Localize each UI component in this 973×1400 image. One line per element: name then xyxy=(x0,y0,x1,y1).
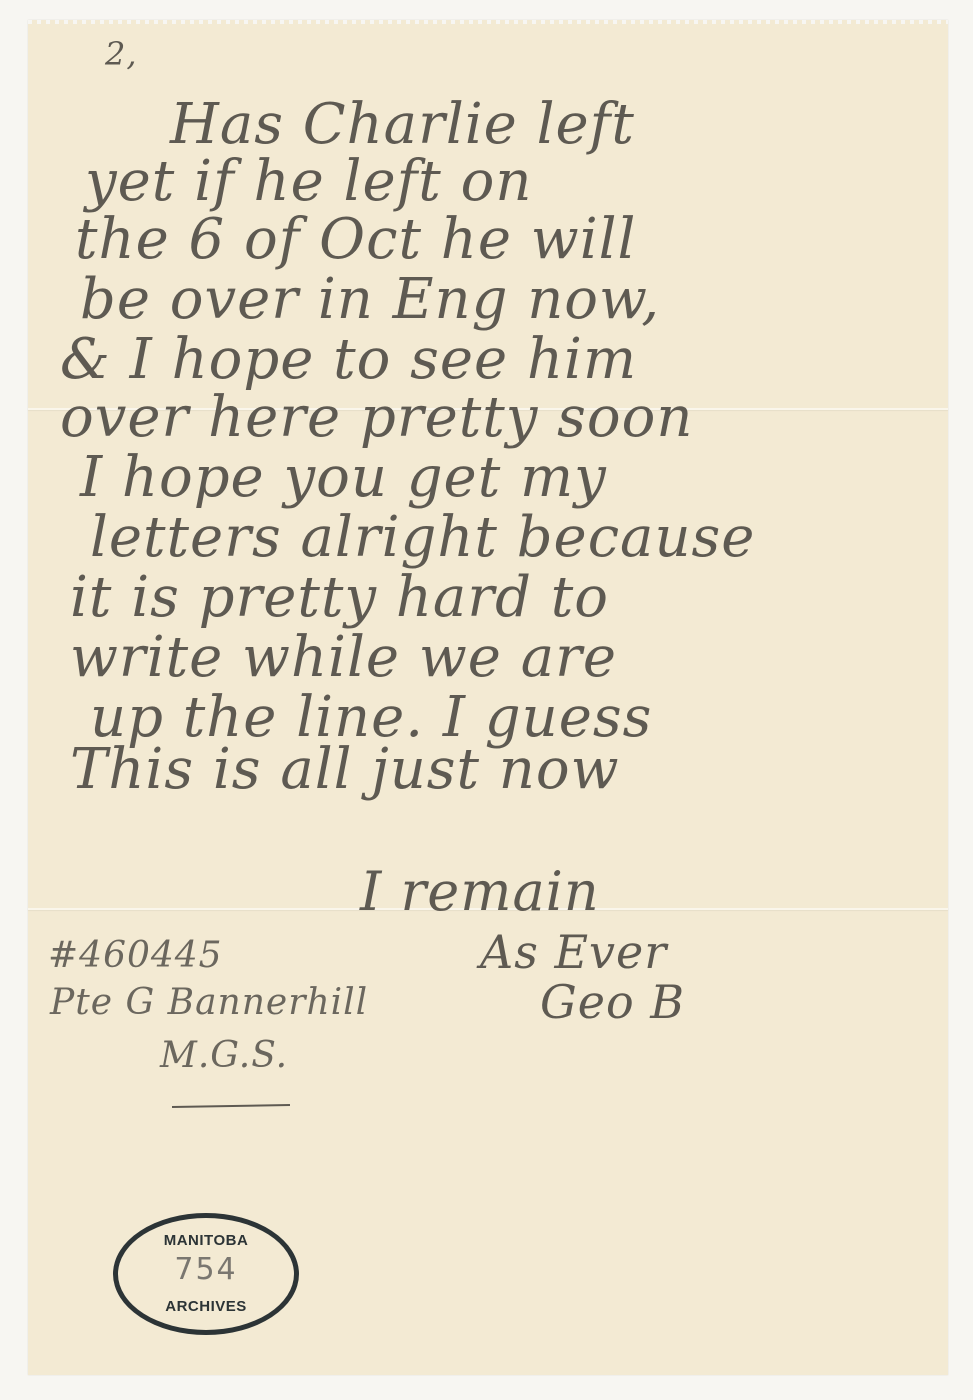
letter-line: & I hope to see him xyxy=(60,330,637,390)
letter-line: This is all just now xyxy=(70,740,620,800)
letter-line: over here pretty soon xyxy=(60,388,693,448)
letter-line: be over in Eng now, xyxy=(80,270,660,330)
sender-name: Pte G Bannerhill xyxy=(50,982,368,1023)
archive-stamp: MANITOBA 754 ARCHIVES xyxy=(113,1213,299,1335)
letter-line: Has Charlie left xyxy=(170,95,635,155)
stamp-number: 754 xyxy=(118,1252,294,1287)
letter-line: letters alright because xyxy=(90,508,755,568)
letter-line: it is pretty hard to xyxy=(70,568,609,628)
letter-line: yet if he left on xyxy=(85,152,532,212)
stamp-top-text: MANITOBA xyxy=(118,1232,294,1249)
service-number: #460445 xyxy=(48,935,223,976)
letter-line: the 6 of Oct he will xyxy=(75,210,636,270)
letter-line: write while we are xyxy=(70,628,617,688)
signature: Geo B xyxy=(540,975,685,1029)
letter-line: I hope you get my xyxy=(80,448,607,508)
closing-line: I remain xyxy=(360,860,600,923)
closing-line: As Ever xyxy=(480,925,667,979)
stamp-bottom-text: ARCHIVES xyxy=(118,1298,294,1315)
page-number: 2, xyxy=(105,35,138,73)
sender-unit: M.G.S. xyxy=(160,1035,288,1076)
